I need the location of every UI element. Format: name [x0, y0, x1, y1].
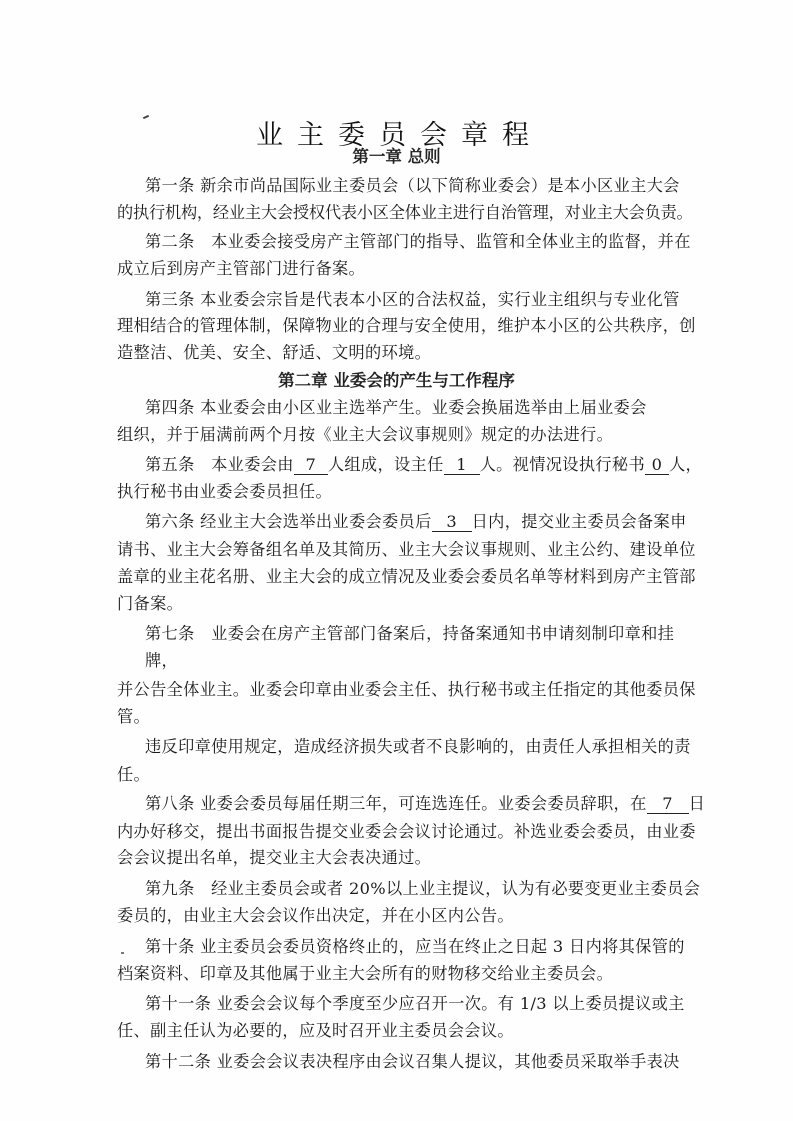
article-1-line-1: 第一条 新余市尚品国际业主委员会（以下简称业委会）是本小区业主大会 — [145, 176, 680, 196]
article-5-prefix: 第五条 本业委会由 — [145, 455, 294, 474]
document-page: 业主委员会章程 第一章 总则 第一条 新余市尚品国际业主委员会（以下简称业委会）… — [0, 0, 793, 1121]
article-5-secretary-blank: 0 — [645, 456, 669, 475]
scan-artifact-dot — [121, 952, 124, 954]
article-11-line-2: 任、副主任认为必要的，应及时召开业主委员会会议。 — [117, 1021, 514, 1041]
article-8-days-blank: 7 — [647, 795, 689, 814]
article-7-line-3: 并公告全体业主。业委会印章由业委会主任、执行秘书或主任指定的其他委员保 — [117, 680, 696, 700]
article-4-line-1: 第四条 本业委会由小区业主选举产生。业委会换届选举由上届业委会 — [145, 398, 647, 418]
article-6-prefix: 第六条 经业主大会选举出业委会委员后 — [145, 512, 432, 531]
article-3-line-2: 理相结合的管理体制，保障物业的合理与安全使用，维护本小区的公共秩序，创 — [117, 316, 696, 336]
article-7-line-1: 第七条 业委会在房产主管部门备案后，持备案通知书申请刻制印章和挂 — [145, 624, 674, 644]
article-6-days-blank: 3 — [432, 513, 472, 532]
article-5-members-blank: 7 — [294, 456, 328, 475]
article-8-line-3: 会会议提出名单，提交业主大会表决通过。 — [117, 848, 431, 868]
chapter-heading-2: 第二章 业委会的产生与工作程序 — [0, 371, 793, 391]
article-7-line-6: 任。 — [117, 765, 150, 785]
article-7-line-2: 牌， — [145, 651, 178, 671]
article-7-line-5: 违反印章使用规定，造成经济损失或者不良影响的，由责任人承担相关的责 — [145, 737, 691, 757]
article-8-line-1: 第八条 业委会委员每届任期三年，可连选连任。业委会委员辞职，在7日 — [145, 794, 705, 814]
article-5-director-blank: 1 — [444, 456, 480, 475]
article-5-mid1: 人组成，设主任 — [328, 455, 444, 474]
article-2-line-1: 第二条 本业委会接受房产主管部门的指导、监管和全体业主的监督，并在 — [145, 232, 691, 252]
article-4-line-2: 组织，并于届满前两个月按《业主大会议事规则》规定的办法进行。 — [117, 425, 613, 445]
article-5-mid2: 人。视情况设执行秘书 — [480, 455, 645, 474]
article-6-line-3: 盖章的业主花名册、业主大会的成立情况及业委会委员名单等材料到房产主管部 — [117, 567, 696, 587]
article-3-line-3: 造整洁、优美、安全、舒适、文明的环境。 — [117, 343, 431, 363]
chapter-heading-1: 第一章 总则 — [0, 147, 793, 167]
article-7-line-4: 管。 — [117, 707, 150, 727]
article-8-prefix: 第八条 业委会委员每届任期三年，可连选连任。业委会委员辞职，在 — [145, 794, 647, 813]
article-5-suffix: 人， — [669, 455, 702, 474]
article-1-line-2: 的执行机构，经业主大会授权代表小区全体业主进行自治管理，对业主大会负责。 — [117, 203, 693, 223]
article-9-line-1: 第九条 经业主委员会或者 20%以上业主提议，认为有必要变更业主委员会 — [145, 879, 700, 899]
article-10-line-1: 第十条 业主委员会委员资格终止的，应当在终止之日起 3 日内将其保管的 — [145, 937, 685, 957]
article-6-line-4: 门备案。 — [117, 594, 183, 614]
article-6-line-1: 第六条 经业主大会选举出业委会委员后3日内，提交业主委员会备案申 — [145, 512, 687, 532]
article-3-line-1: 第三条 本业委会宗旨是代表本小区的合法权益，实行业主组织与专业化管 — [145, 290, 680, 310]
article-6-suffix: 日内，提交业主委员会备案申 — [472, 512, 687, 531]
article-10-line-2: 档案资料、印章及其他属于业主大会所有的财物移交给业主委员会。 — [117, 964, 613, 984]
article-2-line-2: 成立后到房产主管部门进行备案。 — [117, 259, 365, 279]
article-12-line-1: 第十二条 业委会会议表决程序由会议召集人提议，其他委员采取举手表决 — [145, 1052, 680, 1072]
article-8-suffix: 日 — [689, 794, 706, 813]
article-9-line-2: 委员的，由业主大会会议作出决定，并在小区内公告。 — [117, 906, 514, 926]
article-11-line-1: 第十一条 业委会会议每个季度至少应召开一次。有 1/3 以上委员提议或主 — [145, 994, 685, 1014]
article-5-line-2: 执行秘书由业委会委员担任。 — [117, 482, 332, 502]
article-6-line-2: 请书、业主大会筹备组名单及其简历、业主大会议事规则、业主公约、建设单位 — [117, 540, 696, 560]
article-5-line-1: 第五条 本业委会由7人组成，设主任1人。视情况设执行秘书0人， — [145, 455, 702, 475]
article-8-line-2: 内办好移交，提出书面报告提交业委会会议讨论通过。补选业委会委员，由业委 — [117, 822, 696, 842]
